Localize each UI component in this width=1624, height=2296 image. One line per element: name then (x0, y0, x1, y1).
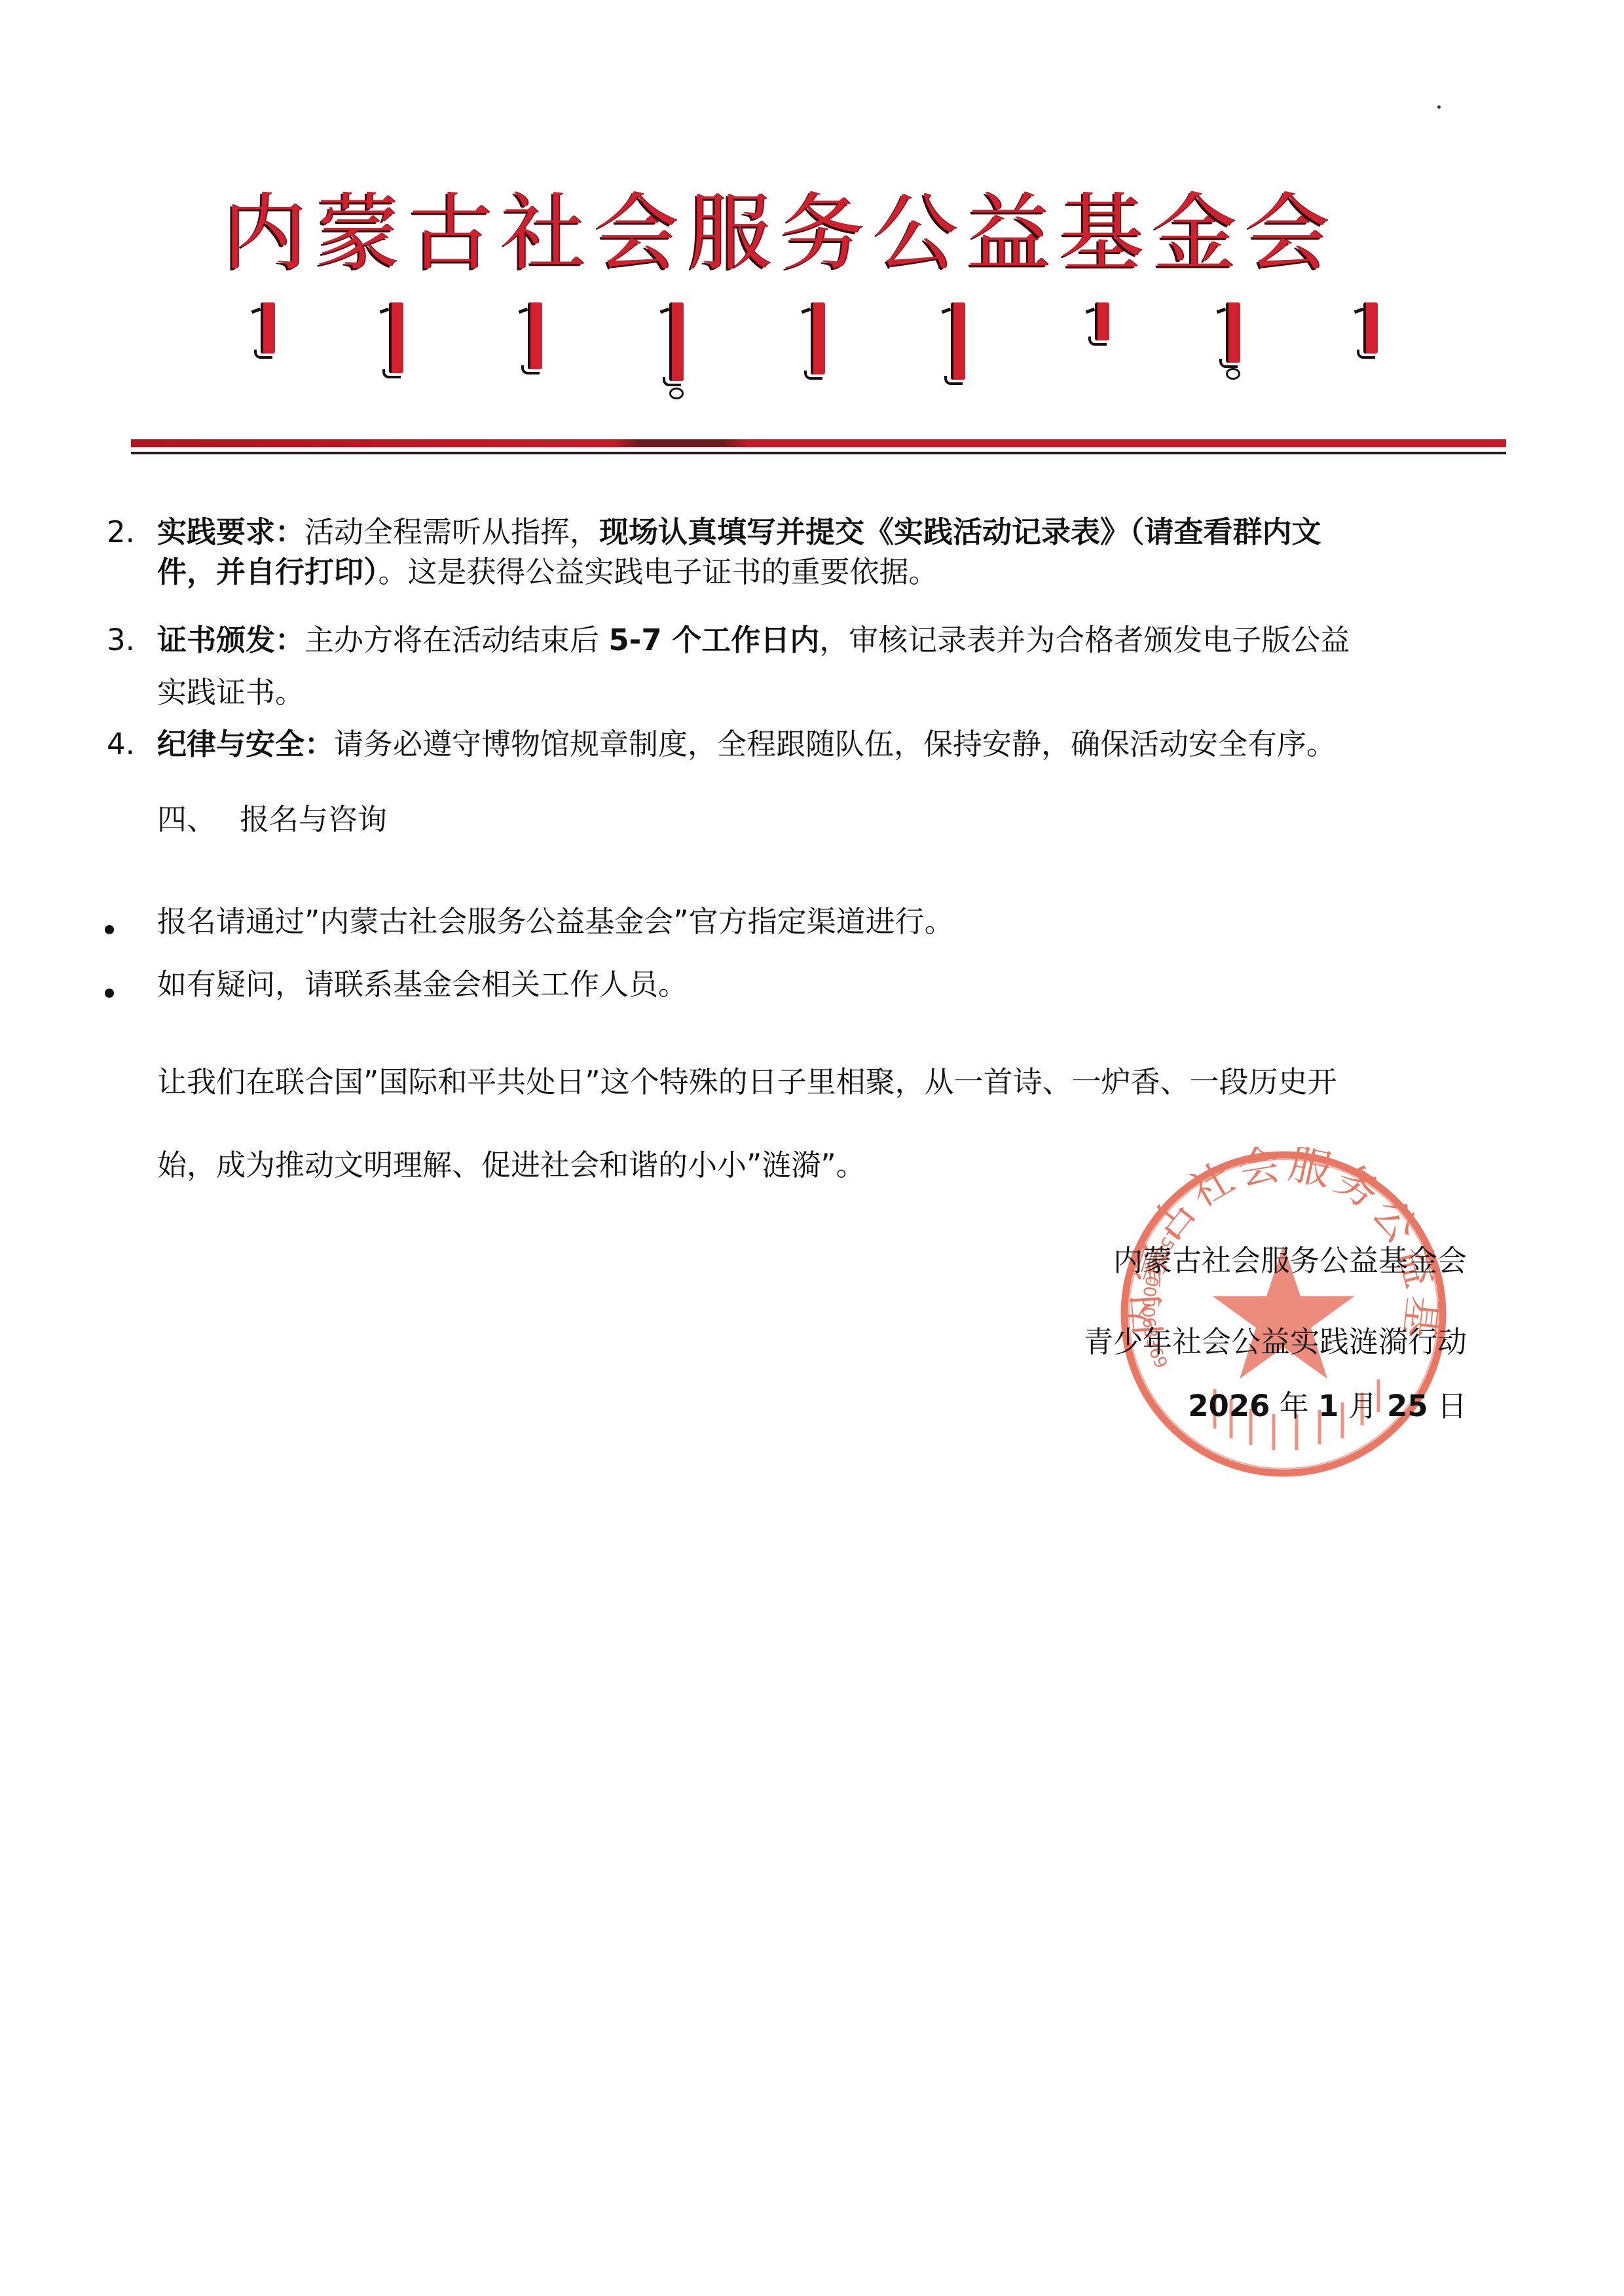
mongolian-word (1226, 302, 1240, 363)
scan-speck (1437, 105, 1441, 109)
date-day: 25 (1387, 1389, 1428, 1423)
mongolian-word (1363, 302, 1378, 354)
official-seal: 内蒙古社会服务公益基金会 15051000063369 (1116, 1147, 1450, 1481)
bullet-item: 报名请通过”内蒙古社会服务公益基金会”官方指定渠道进行。 (157, 902, 954, 941)
text-segment: ，审核记录表并为合格者颁发电子版公益 (819, 623, 1350, 657)
letterhead-rule-dark (131, 452, 1506, 454)
text-segment: 实践证书。 (157, 675, 304, 710)
section-heading-text: 报名与咨询 (240, 802, 387, 837)
signature-organization: 内蒙古社会服务公益基金会 (1113, 1241, 1467, 1281)
requirement-item-4-line-1: 纪律与安全：请务必遵守博物馆规章制度，全程跟随队伍，保持安静，确保活动安全有序。 (157, 725, 1336, 764)
list-number: 2. (107, 513, 135, 552)
date-year-unit: 年 (1280, 1389, 1309, 1423)
text-segment: 请务必遵守博物馆规章制度，全程跟随队伍，保持安静，确保活动安全有序。 (334, 727, 1336, 761)
mongolian-word (1095, 302, 1109, 340)
signature-program: 青少年社会公益实践涟漪行动 (1084, 1322, 1467, 1362)
mongolian-word (811, 302, 825, 374)
signature-date: 2026 年 1 月 25 日 (1188, 1387, 1467, 1426)
mongolian-word (528, 302, 542, 369)
section-heading: 四、报名与咨询 (157, 800, 387, 839)
requirement-label: 纪律与安全： (157, 727, 334, 761)
text-segment: 主办方将在活动结束后 (304, 623, 608, 657)
mongolian-word (261, 302, 275, 354)
requirement-label: 证书颁发： (157, 623, 304, 657)
requirement-item-2-line-1: 实践要求：活动全程需听从指挥，现场认真填写并提交《实践活动记录表》（请查看群内文 (157, 513, 1321, 552)
letterhead-title: 内蒙古社会服务公益基金会 (223, 185, 1401, 283)
mongolian-word (951, 302, 965, 380)
section-heading-number: 四、 (157, 802, 216, 837)
text-segment: 。这是获得公益实践电子证书的重要依据。 (378, 555, 938, 589)
mongolian-word (669, 302, 684, 381)
text-segment-bold: 件，并自行打印） (157, 555, 378, 589)
closing-paragraph-line-1: 让我们在联合国”国际和平共处日”这个特殊的日子里相聚，从一首诗、一炉香、一段历史… (157, 1063, 1337, 1102)
closing-paragraph-line-2: 始，成为推动文明理解、促进社会和谐的小小”涟漪”。 (157, 1146, 866, 1185)
requirement-label: 实践要求： (157, 515, 304, 549)
date-month: 1 (1318, 1389, 1338, 1423)
requirement-item-3-line-2: 实践证书。 (157, 673, 304, 712)
bullet-icon (105, 925, 114, 934)
requirement-item-3-line-1: 证书颁发：主办方将在活动结束后 5-7 个工作日内，审核记录表并为合格者颁发电子… (157, 621, 1350, 660)
requirement-item-2-line-2: 件，并自行打印）。这是获得公益实践电子证书的重要依据。 (157, 553, 938, 592)
text-segment-bold: 现场认真填写并提交《实践活动记录表》（请查看群内文 (599, 515, 1321, 549)
mongolian-word (389, 302, 403, 373)
bullet-item: 如有疑问，请联系基金会相关工作人员。 (157, 965, 688, 1004)
date-month-unit: 月 (1348, 1389, 1378, 1423)
list-number: 4. (107, 725, 135, 764)
date-year: 2026 (1188, 1389, 1270, 1423)
date-day-unit: 日 (1437, 1389, 1467, 1423)
letterhead-rule-red (131, 439, 1506, 447)
bullet-icon (105, 989, 114, 998)
list-number: 3. (107, 621, 135, 660)
text-segment-bold: 5-7 个工作日内 (608, 623, 819, 657)
text-segment: 活动全程需听从指挥， (304, 515, 599, 549)
